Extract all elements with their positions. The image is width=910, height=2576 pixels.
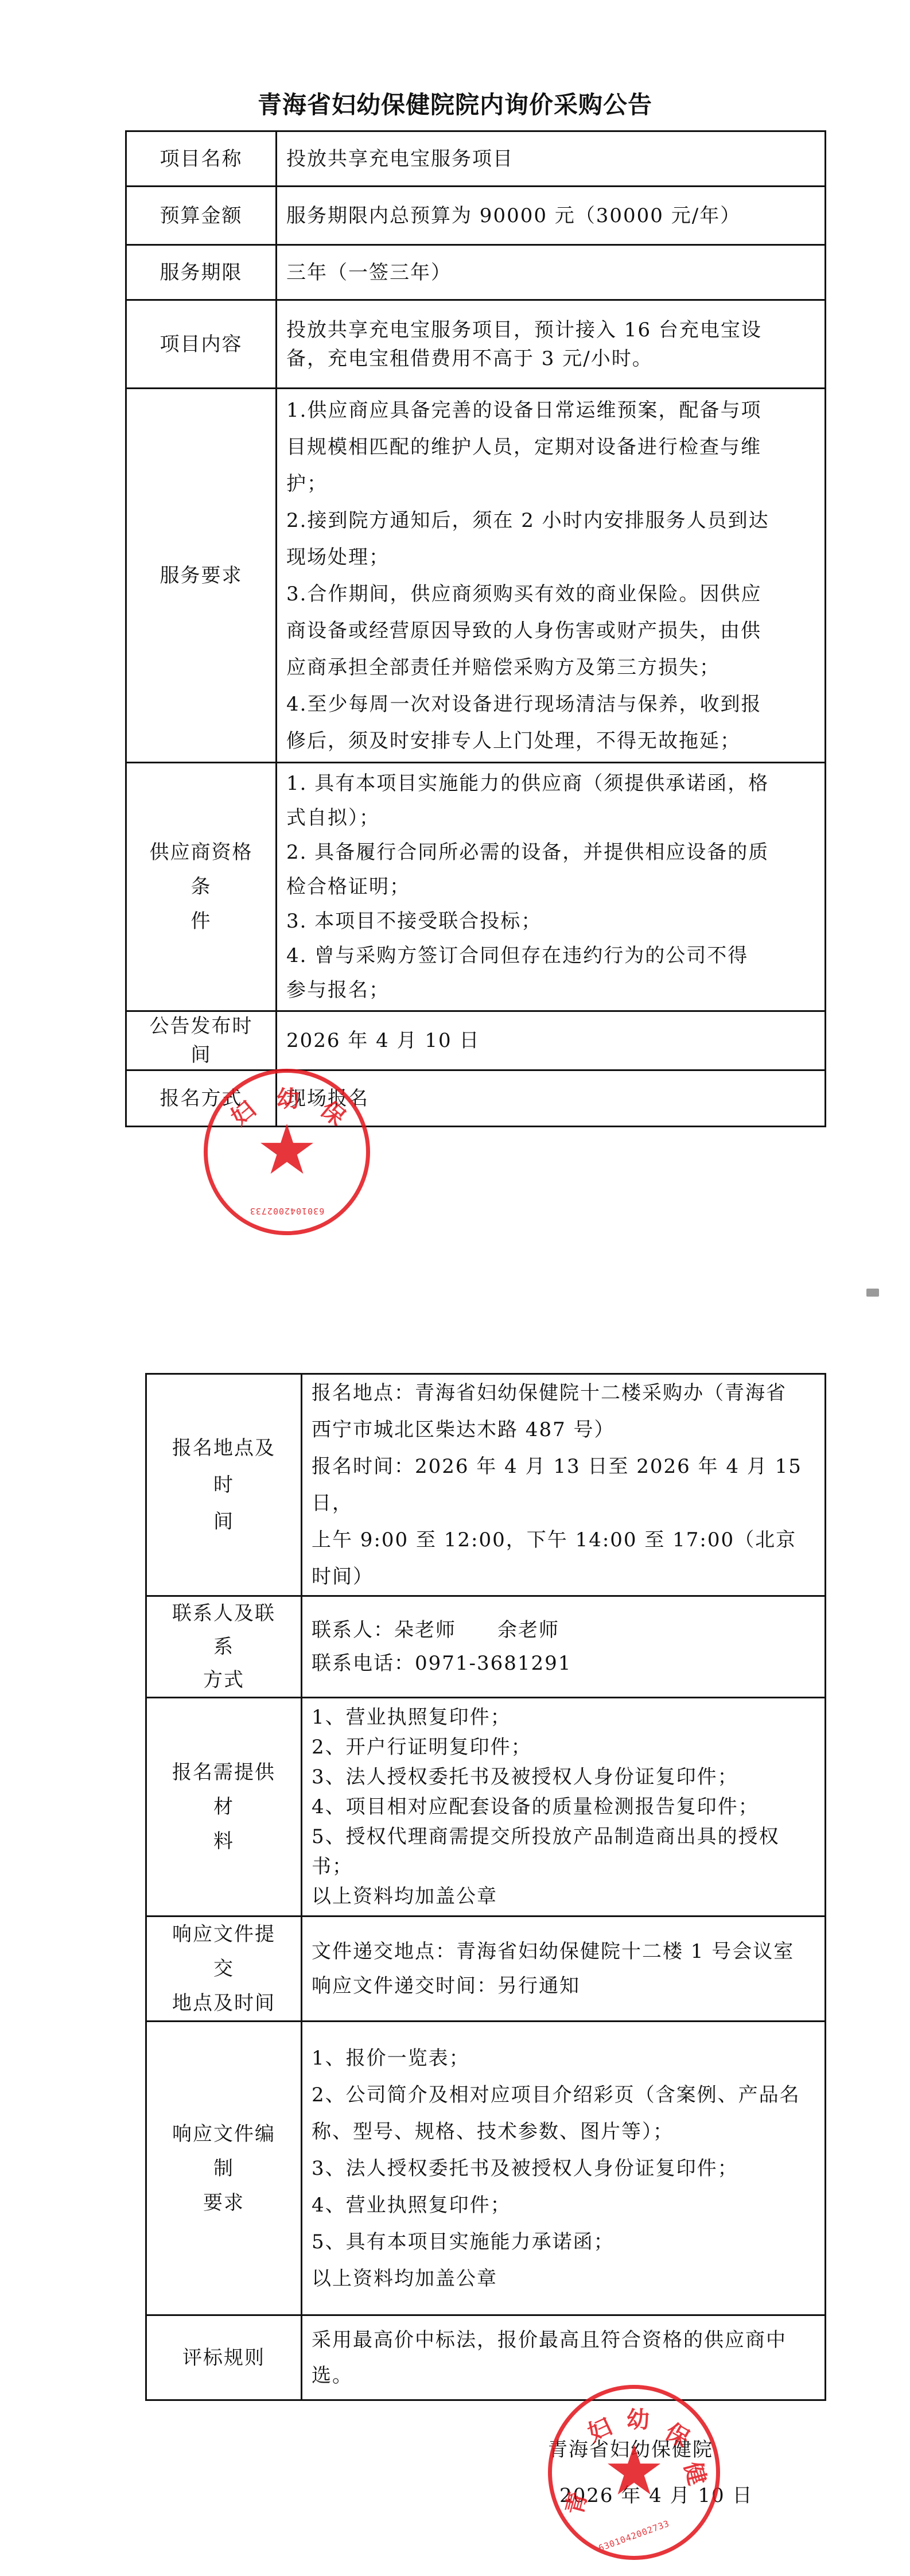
- row-label: 公告发布时间: [126, 1011, 277, 1070]
- seal-code: 6301042002733: [597, 2518, 671, 2554]
- row-label: 联系人及联系 方式: [146, 1596, 302, 1698]
- row-label: 供应商资格条 件: [126, 763, 277, 1011]
- table-row-evaluation-rules: 评标规则 采用最高价中标法，报价最高且符合资格的供应商中 选。: [146, 2315, 826, 2400]
- signature-date: 2026 年 4 月 10 日: [559, 2480, 753, 2508]
- table-row-project-content: 项目内容 投放共享充电宝服务项目，预计接入 16 台充电宝设 备，充电宝租借费用…: [126, 300, 826, 389]
- row-label: 响应文件编制 要求: [146, 2022, 302, 2315]
- row-value: 三年（一签三年）: [277, 245, 826, 300]
- table-row-registration-method: 报名方式 现场报名: [126, 1070, 826, 1127]
- document-title: 青海省妇幼保健院院内询价采购公告: [0, 86, 910, 121]
- table-row-service-term: 服务期限 三年（一签三年）: [126, 245, 826, 300]
- row-value: 采用最高价中标法，报价最高且符合资格的供应商中 选。: [302, 2315, 826, 2400]
- scan-artifact: [866, 1289, 879, 1297]
- row-label: 服务期限: [126, 245, 277, 300]
- row-label: 预算金额: [126, 187, 277, 245]
- row-label: 报名需提供材 料: [146, 1698, 302, 1917]
- table-row-contact: 联系人及联系 方式 联系人：朵老师 余老师 联系电话：0971-3681291: [146, 1596, 826, 1698]
- row-label: 项目内容: [126, 300, 277, 389]
- signature-organization: 青海省妇幼保健院: [548, 2434, 713, 2462]
- row-value: 服务期限内总预算为 90000 元（30000 元/年）: [277, 187, 826, 245]
- table-row-response-preparation: 响应文件编制 要求 1、报价一览表； 2、公司简介及相对应项目介绍彩页（含案例、…: [146, 2022, 826, 2315]
- registration-info-table: 报名地点及时 间 报名地点：青海省妇幼保健院十二楼采购办（青海省 西宁市城北区柴…: [145, 1373, 826, 2401]
- row-value: 1、营业执照复印件； 2、开户行证明复印件； 3、法人授权委托书及被授权人身份证…: [302, 1698, 826, 1917]
- row-value: 投放共享充电宝服务项目，预计接入 16 台充电宝设 备，充电宝租借费用不高于 3…: [277, 300, 826, 389]
- row-value: 报名地点：青海省妇幼保健院十二楼采购办（青海省 西宁市城北区柴达木路 487 号…: [302, 1374, 826, 1596]
- row-label: 响应文件提交 地点及时间: [146, 1917, 302, 2022]
- row-value: 1. 具有本项目实施能力的供应商（须提供承诺函，格 式自拟）； 2. 具备履行合…: [277, 763, 826, 1011]
- row-value: 联系人：朵老师 余老师 联系电话：0971-3681291: [302, 1596, 826, 1698]
- row-label: 评标规则: [146, 2315, 302, 2400]
- procurement-info-table: 项目名称 投放共享充电宝服务项目 预算金额 服务期限内总预算为 90000 元（…: [125, 130, 826, 1127]
- table-row-response-submission: 响应文件提交 地点及时间 文件递交地点：青海省妇幼保健院十二楼 1 号会议室 响…: [146, 1917, 826, 2022]
- table-row-registration-place-time: 报名地点及时 间 报名地点：青海省妇幼保健院十二楼采购办（青海省 西宁市城北区柴…: [146, 1374, 826, 1596]
- table-row-publish-date: 公告发布时间 2026 年 4 月 10 日: [126, 1011, 826, 1070]
- seal-text-fragment: 幼: [627, 2402, 650, 2434]
- row-value: 1.供应商应具备完善的设备日常运维预案，配备与项 目规模相匹配的维护人员，定期对…: [277, 389, 826, 763]
- row-label: 项目名称: [126, 131, 277, 187]
- table-row-supplier-qualifications: 供应商资格条 件 1. 具有本项目实施能力的供应商（须提供承诺函，格 式自拟）；…: [126, 763, 826, 1011]
- row-label: 服务要求: [126, 389, 277, 763]
- official-seal-stamp: 妇 幼 保 健 青 ★ 6301042002733: [548, 2385, 720, 2560]
- table-row-service-requirements: 服务要求 1.供应商应具备完善的设备日常运维预案，配备与项 目规模相匹配的维护人…: [126, 389, 826, 763]
- row-value: 现场报名: [277, 1070, 826, 1127]
- seal-code: 6301042002733: [250, 1206, 324, 1216]
- table-row-registration-materials: 报名需提供材 料 1、营业执照复印件； 2、开户行证明复印件； 3、法人授权委托…: [146, 1698, 826, 1917]
- row-label: 报名方式: [126, 1070, 277, 1127]
- row-value: 文件递交地点：青海省妇幼保健院十二楼 1 号会议室 响应文件递交时间：另行通知: [302, 1917, 826, 2022]
- table-row-budget: 预算金额 服务期限内总预算为 90000 元（30000 元/年）: [126, 187, 826, 245]
- row-label: 报名地点及时 间: [146, 1374, 302, 1596]
- table-row-project-name: 项目名称 投放共享充电宝服务项目: [126, 131, 826, 187]
- row-value: 1、报价一览表； 2、公司简介及相对应项目介绍彩页（含案例、产品名 称、型号、规…: [302, 2022, 826, 2315]
- row-value: 投放共享充电宝服务项目: [277, 131, 826, 187]
- row-value: 2026 年 4 月 10 日: [277, 1011, 826, 1070]
